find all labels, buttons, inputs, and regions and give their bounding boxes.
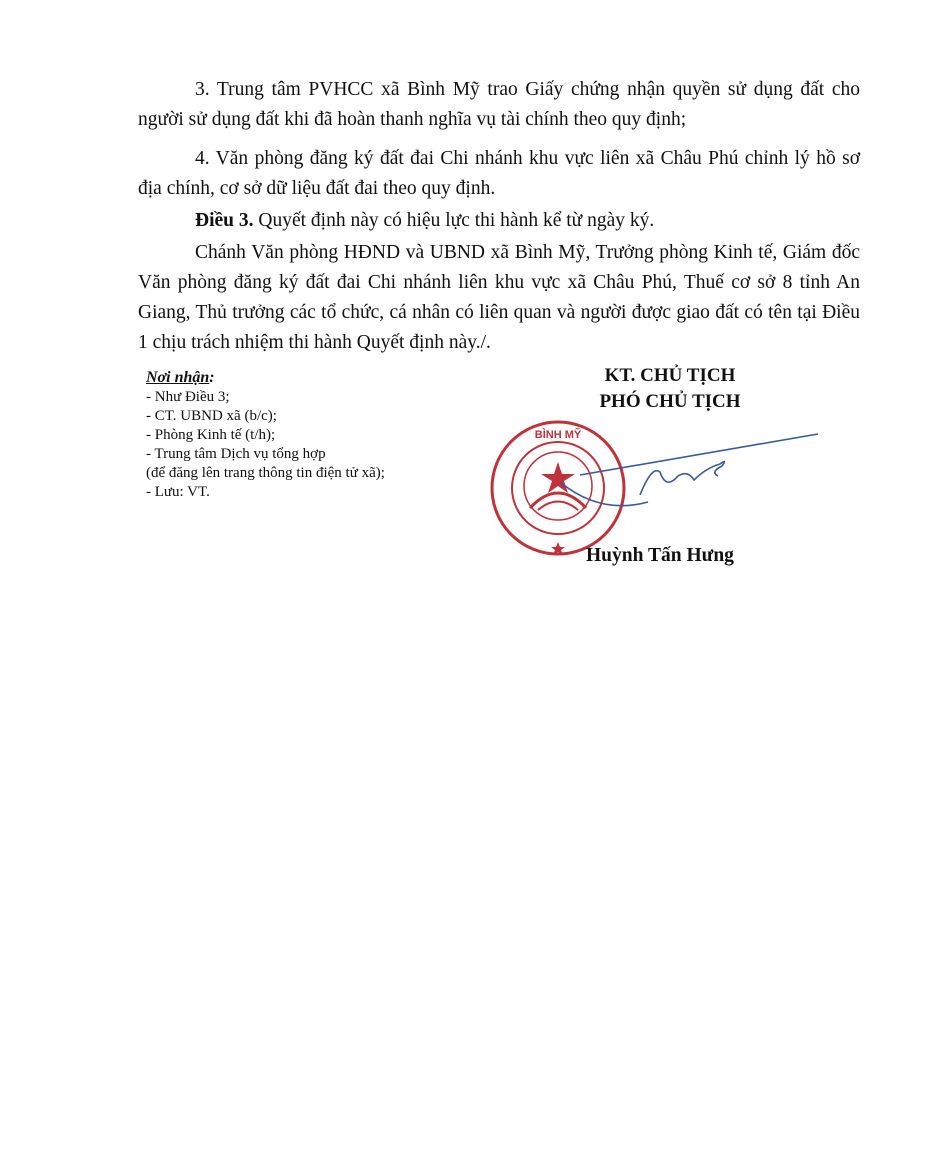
item-3: 3. Trung tâm PVHCC xã Bình Mỹ trao Giấy …: [138, 75, 860, 135]
recipient-line: - Lưu: VT.: [146, 483, 385, 502]
recipient-line: - Trung tâm Dịch vụ tổng hợp: [146, 445, 385, 464]
article-3-text: Quyết định này có hiệu lực thi hành kể t…: [254, 210, 655, 231]
article-3: Điều 3. Quyết định này có hiệu lực thi h…: [138, 206, 860, 236]
item-4: 4. Văn phòng đăng ký đất đai Chi nhánh k…: [138, 144, 860, 204]
signer-name: Huỳnh Tấn Hưng: [586, 545, 734, 567]
recipient-line: - Phòng Kinh tế (t/h);: [146, 426, 385, 445]
article-3-label: Điều 3.: [195, 210, 254, 231]
recipient-line: (để đăng lên trang thông tin điện tử xã)…: [146, 464, 385, 483]
signer-title-1: KT. CHỦ TỊCH: [560, 363, 780, 389]
recipients-title: Nơi nhận: [146, 369, 209, 386]
responsibility-paragraph: Chánh Văn phòng HĐND và UBND xã Bình Mỹ,…: [138, 238, 860, 358]
recipients-block: Nơi nhận: - Như Điều 3; - CT. UBND xã (b…: [146, 368, 385, 502]
recipient-line: - CT. UBND xã (b/c);: [146, 407, 385, 426]
signer-title-2: PHÓ CHỦ TỊCH: [560, 389, 780, 415]
handwritten-signature-icon: [560, 420, 820, 510]
recipient-line: - Như Điều 3;: [146, 388, 385, 407]
